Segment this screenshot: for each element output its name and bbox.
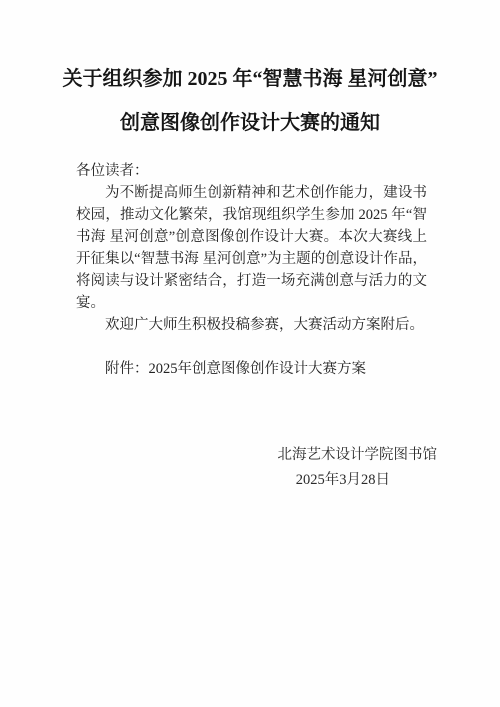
body-line: 将阅读与设计紧密结合，打造一场充满创意与活力的文化盛 (76, 270, 427, 292)
body-line: 开征集以“智慧书海 星河创意”为主题的创意设计作品， (76, 248, 427, 270)
attachment-note: 附件：2025年创意图像创作设计大赛方案 (76, 358, 427, 380)
body-line: 为不断提高师生创新精神和艺术创作能力，建设书香 (76, 182, 427, 204)
notice-title-line-1: 关于组织参加 2025 年“智慧书海 星河创意” (0, 57, 500, 101)
signature-organization: 北海艺术设计学院图书馆 (278, 445, 438, 465)
body-line: 欢迎广大师生积极投稿参赛，大赛活动方案附后。 (76, 314, 427, 336)
document-page: 关于组织参加 2025 年“智慧书海 星河创意” 创意图像创作设计大赛的通知 各… (0, 0, 500, 707)
notice-body: 各位读者： 为不断提高师生创新精神和艺术创作能力，建设书香 校园，推动文化繁荣，… (76, 160, 427, 380)
signature-date: 2025年3月28日 (296, 470, 390, 490)
body-line: 宴。 (76, 292, 427, 314)
body-line: 书海 星河创意”创意图像创作设计大赛。本次大赛线上公 (76, 226, 427, 248)
body-line: 校园，推动文化繁荣，我馆现组织学生参加 2025 年“智慧 (76, 204, 427, 226)
notice-title: 关于组织参加 2025 年“智慧书海 星河创意” 创意图像创作设计大赛的通知 (0, 57, 500, 145)
notice-title-line-2: 创意图像创作设计大赛的通知 (0, 101, 500, 145)
salutation: 各位读者： (76, 160, 427, 182)
blank-line (76, 336, 427, 358)
